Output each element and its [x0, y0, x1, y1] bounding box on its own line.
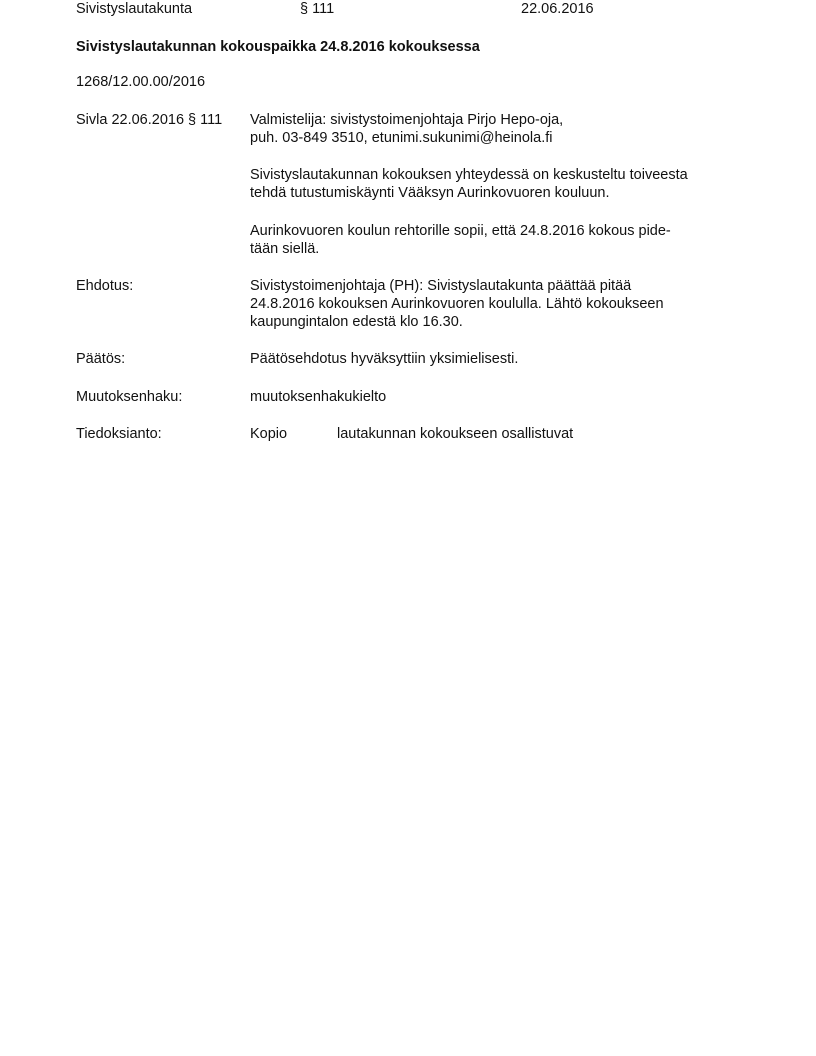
proposal-label: Ehdotus: — [76, 277, 133, 295]
preparation-paragraph: Sivistyslautakunnan kokouksen yhteydessä… — [250, 166, 688, 202]
text-line: tehdä tutustumiskäynti Vääksyn Aurinkovu… — [250, 184, 688, 202]
record-number: 1268/12.00.00/2016 — [76, 73, 205, 91]
notification-type: Kopio — [250, 425, 287, 443]
preparer-contact: puh. 03-849 3510, etunimi.sukunimi@heino… — [250, 129, 563, 147]
preparer-info: Valmistelija: sivistystoimenjohtaja Pirj… — [250, 111, 563, 147]
proposal-text: Sivistystoimenjohtaja (PH): Sivistyslaut… — [250, 277, 664, 331]
appeal-label: Muutoksenhaku: — [76, 388, 182, 406]
text-line: Sivistyslautakunnan kokouksen yhteydessä… — [250, 166, 688, 184]
board-name: Sivistyslautakunta — [76, 0, 192, 18]
document-title: Sivistyslautakunnan kokouspaikka 24.8.20… — [76, 38, 480, 56]
text-line: tään siellä. — [250, 240, 671, 258]
text-line: Aurinkovuoren koulun rehtorille sopii, e… — [250, 222, 671, 240]
text-line: Sivistystoimenjohtaja (PH): Sivistyslaut… — [250, 277, 664, 295]
meeting-date: 22.06.2016 — [521, 0, 594, 18]
section-number: § 111 — [300, 0, 334, 18]
text-line: 24.8.2016 kokouksen Aurinkovuoren koulul… — [250, 295, 664, 313]
decision-text: Päätösehdotus hyväksyttiin yksimielisest… — [250, 350, 518, 368]
notification-recipients: lautakunnan kokoukseen osallistuvat — [337, 425, 573, 443]
preparer-line: Valmistelija: sivistystoimenjohtaja Pirj… — [250, 111, 563, 129]
text-line: kaupungintalon edestä klo 16.30. — [250, 313, 664, 331]
decision-label: Päätös: — [76, 350, 125, 368]
notification-label: Tiedoksianto: — [76, 425, 162, 443]
appeal-text: muutoksenhakukielto — [250, 388, 386, 406]
preparation-label: Sivla 22.06.2016 § 111 — [76, 111, 222, 129]
preparation-paragraph: Aurinkovuoren koulun rehtorille sopii, e… — [250, 222, 671, 258]
